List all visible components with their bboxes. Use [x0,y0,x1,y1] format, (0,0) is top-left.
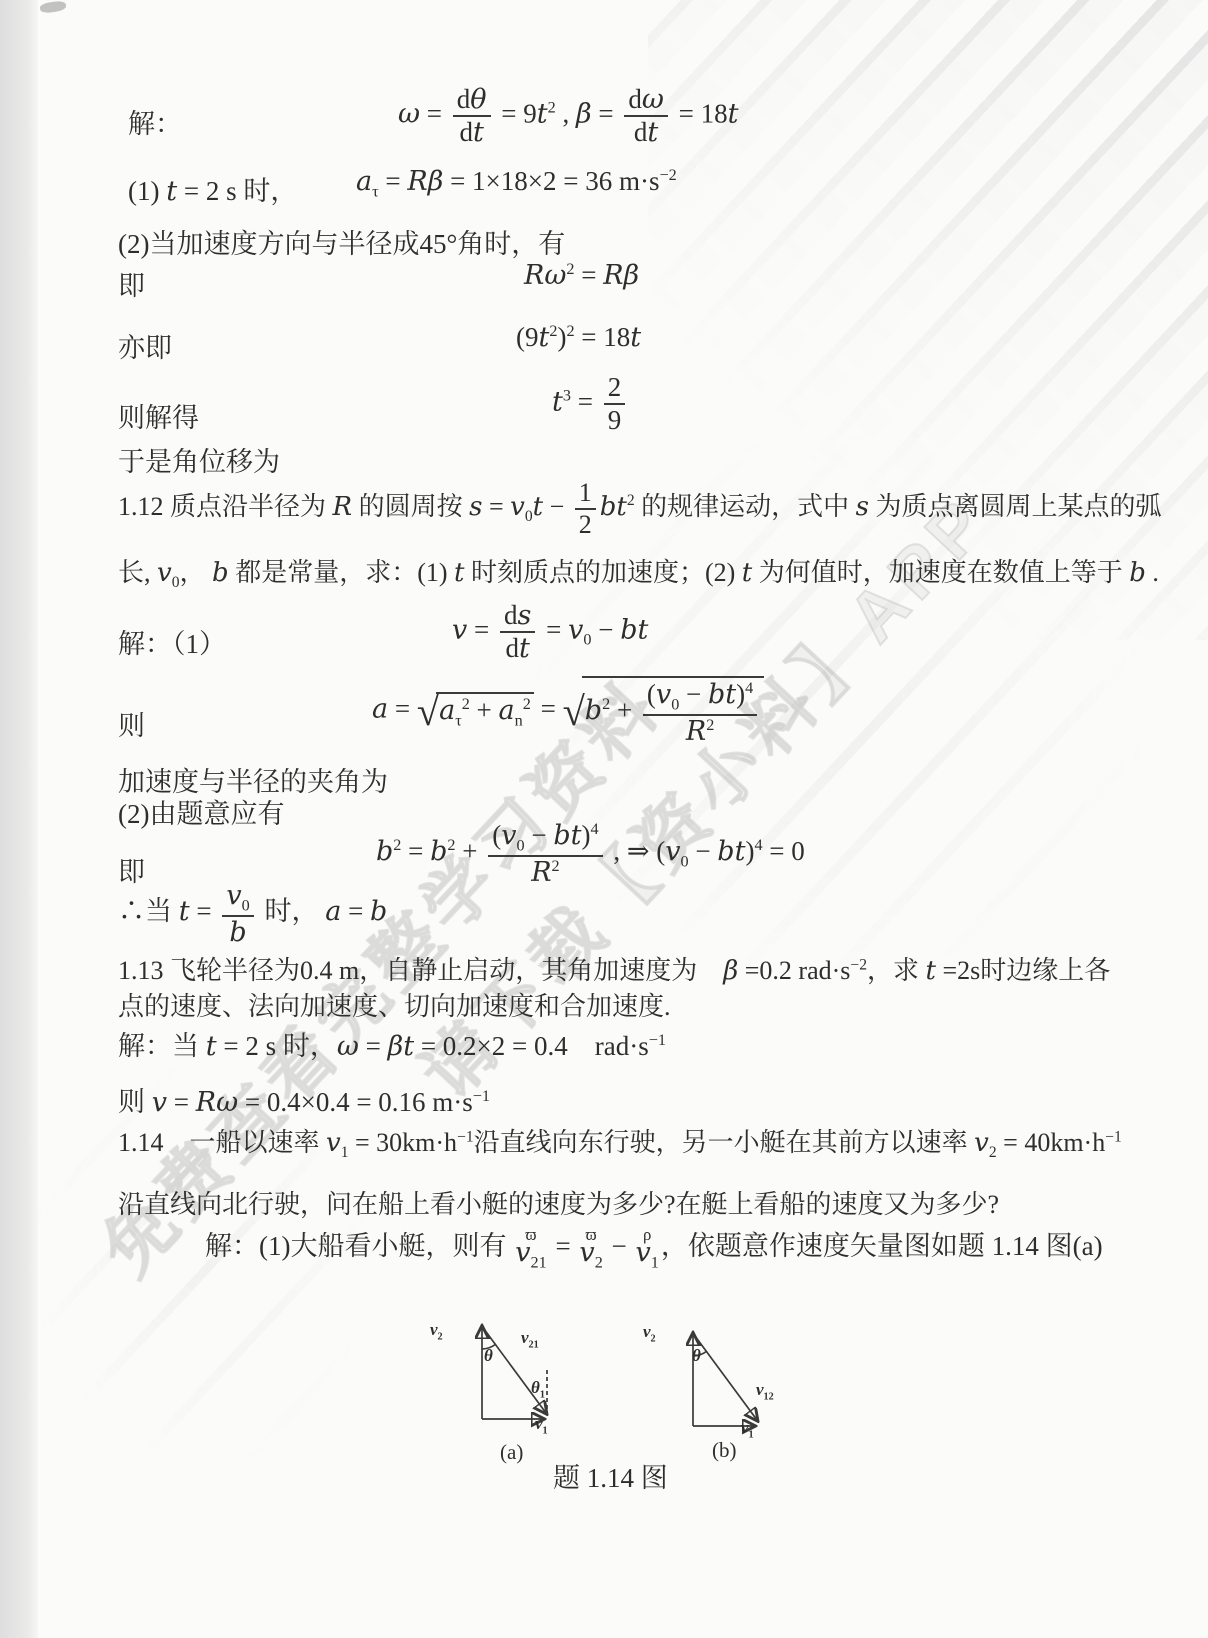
problem-text: 1.14 一船以速率 v1 = 30km·h−1沿直线向东行驶，另一小艇在其前方… [118,1122,1122,1162]
problem-text: 长, v0， b 都是常量，求：(1) t 时刻质点的加速度；(2) t 为何值… [118,552,1159,592]
text-line: (2)当加速度方向与半径成45°角时，有 [118,222,565,261]
scanned-document-page: { "watermark": { "line1": "免费查看完整学习资料", … [0,0,1208,1638]
problem-text: 1.12 质点沿半径为 R 的圆周按 s = v0t − 12bt2 的规律运动… [118,478,1162,540]
vector-label-v1: v1 [741,1418,754,1440]
vector-label-v21: v21 [521,1328,539,1350]
line-label: 亦即 [118,326,172,365]
equation-9t2: (9t2)2 = 18t [516,322,641,353]
vector-label-v2: v2 [643,1322,656,1344]
angle-label-theta: θ [692,1346,701,1366]
solution-vector-line: 解：(1)大船看小艇，则有 ϖv21 = ϖv2 − ρv1，依题意作速度矢量图… [205,1224,1103,1268]
line-label: 则解得 [118,396,199,435]
text-line: 于是角位移为 [118,440,280,479]
text-line: (2)由题意应有 [118,792,284,831]
problem-text: 沿直线向北行驶，问在船上看小艇的速度为多少?在艇上看船的速度又为多少? [118,1184,999,1221]
equation-omega-beta: ω = dθdt = 9t2 , β = dωdt = 18t [398,84,738,148]
problem-text: 1.13 飞轮半径为0.4 m，自静止启动，其角加速度为 β =0.2 rad·… [118,950,1110,987]
line-label: (1) t = 2 s 时， [128,169,297,208]
equation-total-acceleration: a = √aτ2 + an2 = √b2 + (v0 − bt)4R2 [372,676,764,747]
scan-smudge [39,0,66,14]
vector-label-v2: v2 [430,1320,443,1342]
angle-label-theta: θ [484,1346,493,1366]
subfigure-caption-a: (a) [500,1440,523,1465]
figure-caption: 题 1.14 图 [553,1456,668,1495]
line-label: 解： [128,102,182,141]
equation-angular-velocity: 解：当 t = 2 s 时，ω = βt = 0.2×2 = 0.4 rad·s… [118,1024,666,1063]
conclusion-line: ∴当 t = v0b 时， a = b [118,880,387,948]
line-label: 解：（1） [118,622,226,661]
vector-label-v1: v1 [535,1414,548,1436]
problem-text: 点的速度、法向加速度、切向加速度和合加速度. [118,986,671,1023]
line-label: 即 [118,264,145,303]
equation-velocity: v = dsdt = v0 − bt [452,600,648,664]
scan-edge-shadow [0,0,38,1638]
equation-b-squared: b2 = b2 + (v0 − bt)4R2 , ⇒ (v0 − bt)4 = … [376,820,805,888]
subfigure-caption-b: (b) [712,1438,737,1463]
equation-edge-speed: 则 v = Rω = 0.4×0.4 = 0.16 m·s−1 [118,1080,490,1119]
line-label: 则 [118,704,145,743]
vector-label-v12: v12 [756,1380,774,1402]
angle-label-theta1: θ1 [531,1378,545,1400]
equation-t-cubed: t3 = 29 [552,372,629,436]
equation-r-omega: Rω2 = Rβ [524,260,639,291]
equation-tangential-acceleration: aτ = Rβ = 1×18×2 = 36 m·s−2 [356,166,677,201]
